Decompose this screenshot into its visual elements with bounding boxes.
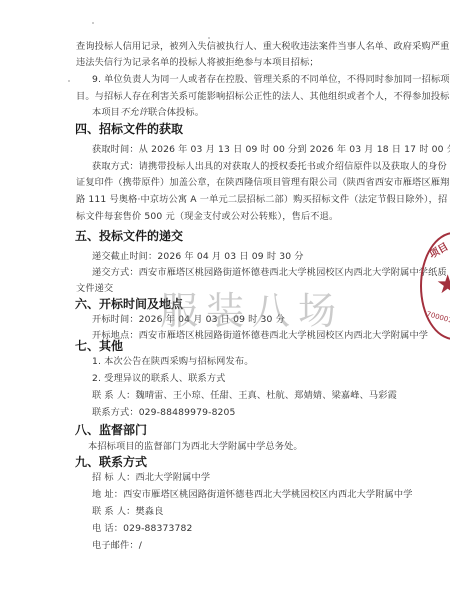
- phone-value: 029-88373782: [123, 523, 192, 534]
- contacts-value: 魏晴雷、王小琼、任甜、王真、杜航、郑婧婧、梁嘉峰、马彩霞: [136, 390, 397, 401]
- consortium-note: 本项目不允许联合体投标。: [92, 107, 204, 119]
- submit-method: 递交方式：西安市雁塔区桃园路街道怀德巷西北大学桃园校区内西北大学附属中学纸质: [92, 267, 447, 279]
- address-label: 地 址：: [92, 489, 123, 500]
- phone-value: 029-88489979-8205: [139, 407, 236, 418]
- objection-phone: 联系方式：029-88489979-8205: [92, 407, 236, 419]
- contacts-label: 联 系 人：: [92, 390, 136, 401]
- objection-contacts: 联 系 人：魏晴雷、王小琼、任甜、王真、杜航、郑婧婧、梁嘉峰、马彩霞: [92, 390, 397, 402]
- acquire-time: 获取时间：从 2026 年 03 月 13 日 09 时 00 分到 2026 …: [92, 144, 450, 156]
- list-item-9: 9. 单位负责人为同一人或者存在控股、管理关系的不同单位，不得同时参加同一招标项: [92, 74, 450, 86]
- phone-row: 电 话：029-88373782: [92, 523, 193, 535]
- scan-speck: [92, 22, 94, 24]
- consortium-italic: 不允许: [120, 107, 148, 118]
- seal-number: 7000011: [425, 310, 450, 326]
- consortium-suffix: 联合体投标。: [148, 107, 204, 118]
- contact-row: 联 系 人：樊淼良: [92, 506, 164, 518]
- scan-speck: [68, 80, 70, 82]
- address-row: 地 址：西安市雁塔区桃园路街道怀德巷西北大学桃园校区内西北大学附属中学: [92, 489, 413, 501]
- watermark-text: 服装八场: [160, 280, 344, 335]
- email-row: 电子邮件：/: [92, 540, 142, 552]
- tenderer-row: 招 标 人：西北大学附属中学: [92, 472, 210, 484]
- paragraph-line: 查询投标人信用记录，被列入失信被执行人、重大税收违法案件当事人名单、政府采购严重: [76, 41, 450, 53]
- submit-method-cont: 文件递交: [76, 283, 113, 295]
- contact-label: 联 系 人：: [92, 506, 136, 517]
- phone-label: 电 话：: [92, 523, 123, 534]
- other-item-1: 1. 本次公告在陕西采购与招标网发布。: [92, 356, 254, 368]
- supervision-text: 本招标项目的监督部门为西北大学附属中学总务处。: [88, 441, 303, 453]
- consortium-prefix: 本项目: [92, 107, 120, 118]
- scan-speck: [208, 37, 210, 39]
- submit-deadline: 递交截止时间：2026 年 04 月 03 日 09 时 30 分: [92, 251, 304, 263]
- paragraph-line: 违法失信行为记录名单的投标人将被拒绝参与本项目招标；: [76, 57, 319, 69]
- acquire-method-cont: 证复印件（携带原件）加盖公章，在陕西隆信项目管理有限公司（陕西省西安市雁塔区雁翔: [76, 177, 450, 189]
- email-label: 电子邮件：: [92, 540, 139, 551]
- document-page: 查询投标人信用记录，被列入失信被执行人、重大税收违法案件当事人名单、政府采购严重…: [0, 0, 450, 600]
- section-heading-8: 八、监督部门: [75, 423, 147, 438]
- tenderer-label: 招 标 人：: [92, 472, 136, 483]
- seal-text: 项目: [426, 238, 450, 261]
- email-value: /: [139, 540, 142, 551]
- list-item-9-continued: 目。与招标人存在利害关系可能影响招标公正性的法人、其他组织或者个人，不得参加投标…: [76, 91, 450, 103]
- acquire-method-cont: 标文件每套售价 500 元（现金支付或公对公转账），售后不退。: [76, 211, 338, 223]
- official-seal: 项目 ★ 7000011: [420, 232, 450, 340]
- section-heading-9: 九、联系方式: [75, 455, 147, 470]
- address-value: 西安市雁塔区桃园路街道怀德巷西北大学桃园校区内西北大学附属中学: [123, 489, 412, 500]
- section-heading-7: 七、其他: [75, 339, 123, 354]
- acquire-method-cont: 路 111 号奥格·中京坊公寓 A 一单元二层招标二部）购买招标文件（法定节假日…: [76, 194, 447, 206]
- acquire-method: 获取方式：请携带投标人出具的对获取人的授权委托书或介绍信原件以及获取人的身份: [92, 161, 447, 173]
- other-item-2: 2. 受理异议的联系人、联系方式: [92, 373, 226, 385]
- contact-value: 樊淼良: [136, 506, 164, 517]
- section-heading-4: 四、招标文件的获取: [75, 122, 183, 137]
- phone-label: 联系方式：: [92, 407, 139, 418]
- section-heading-5: 五、投标文件的递交: [75, 229, 183, 244]
- tenderer-value: 西北大学附属中学: [136, 472, 211, 483]
